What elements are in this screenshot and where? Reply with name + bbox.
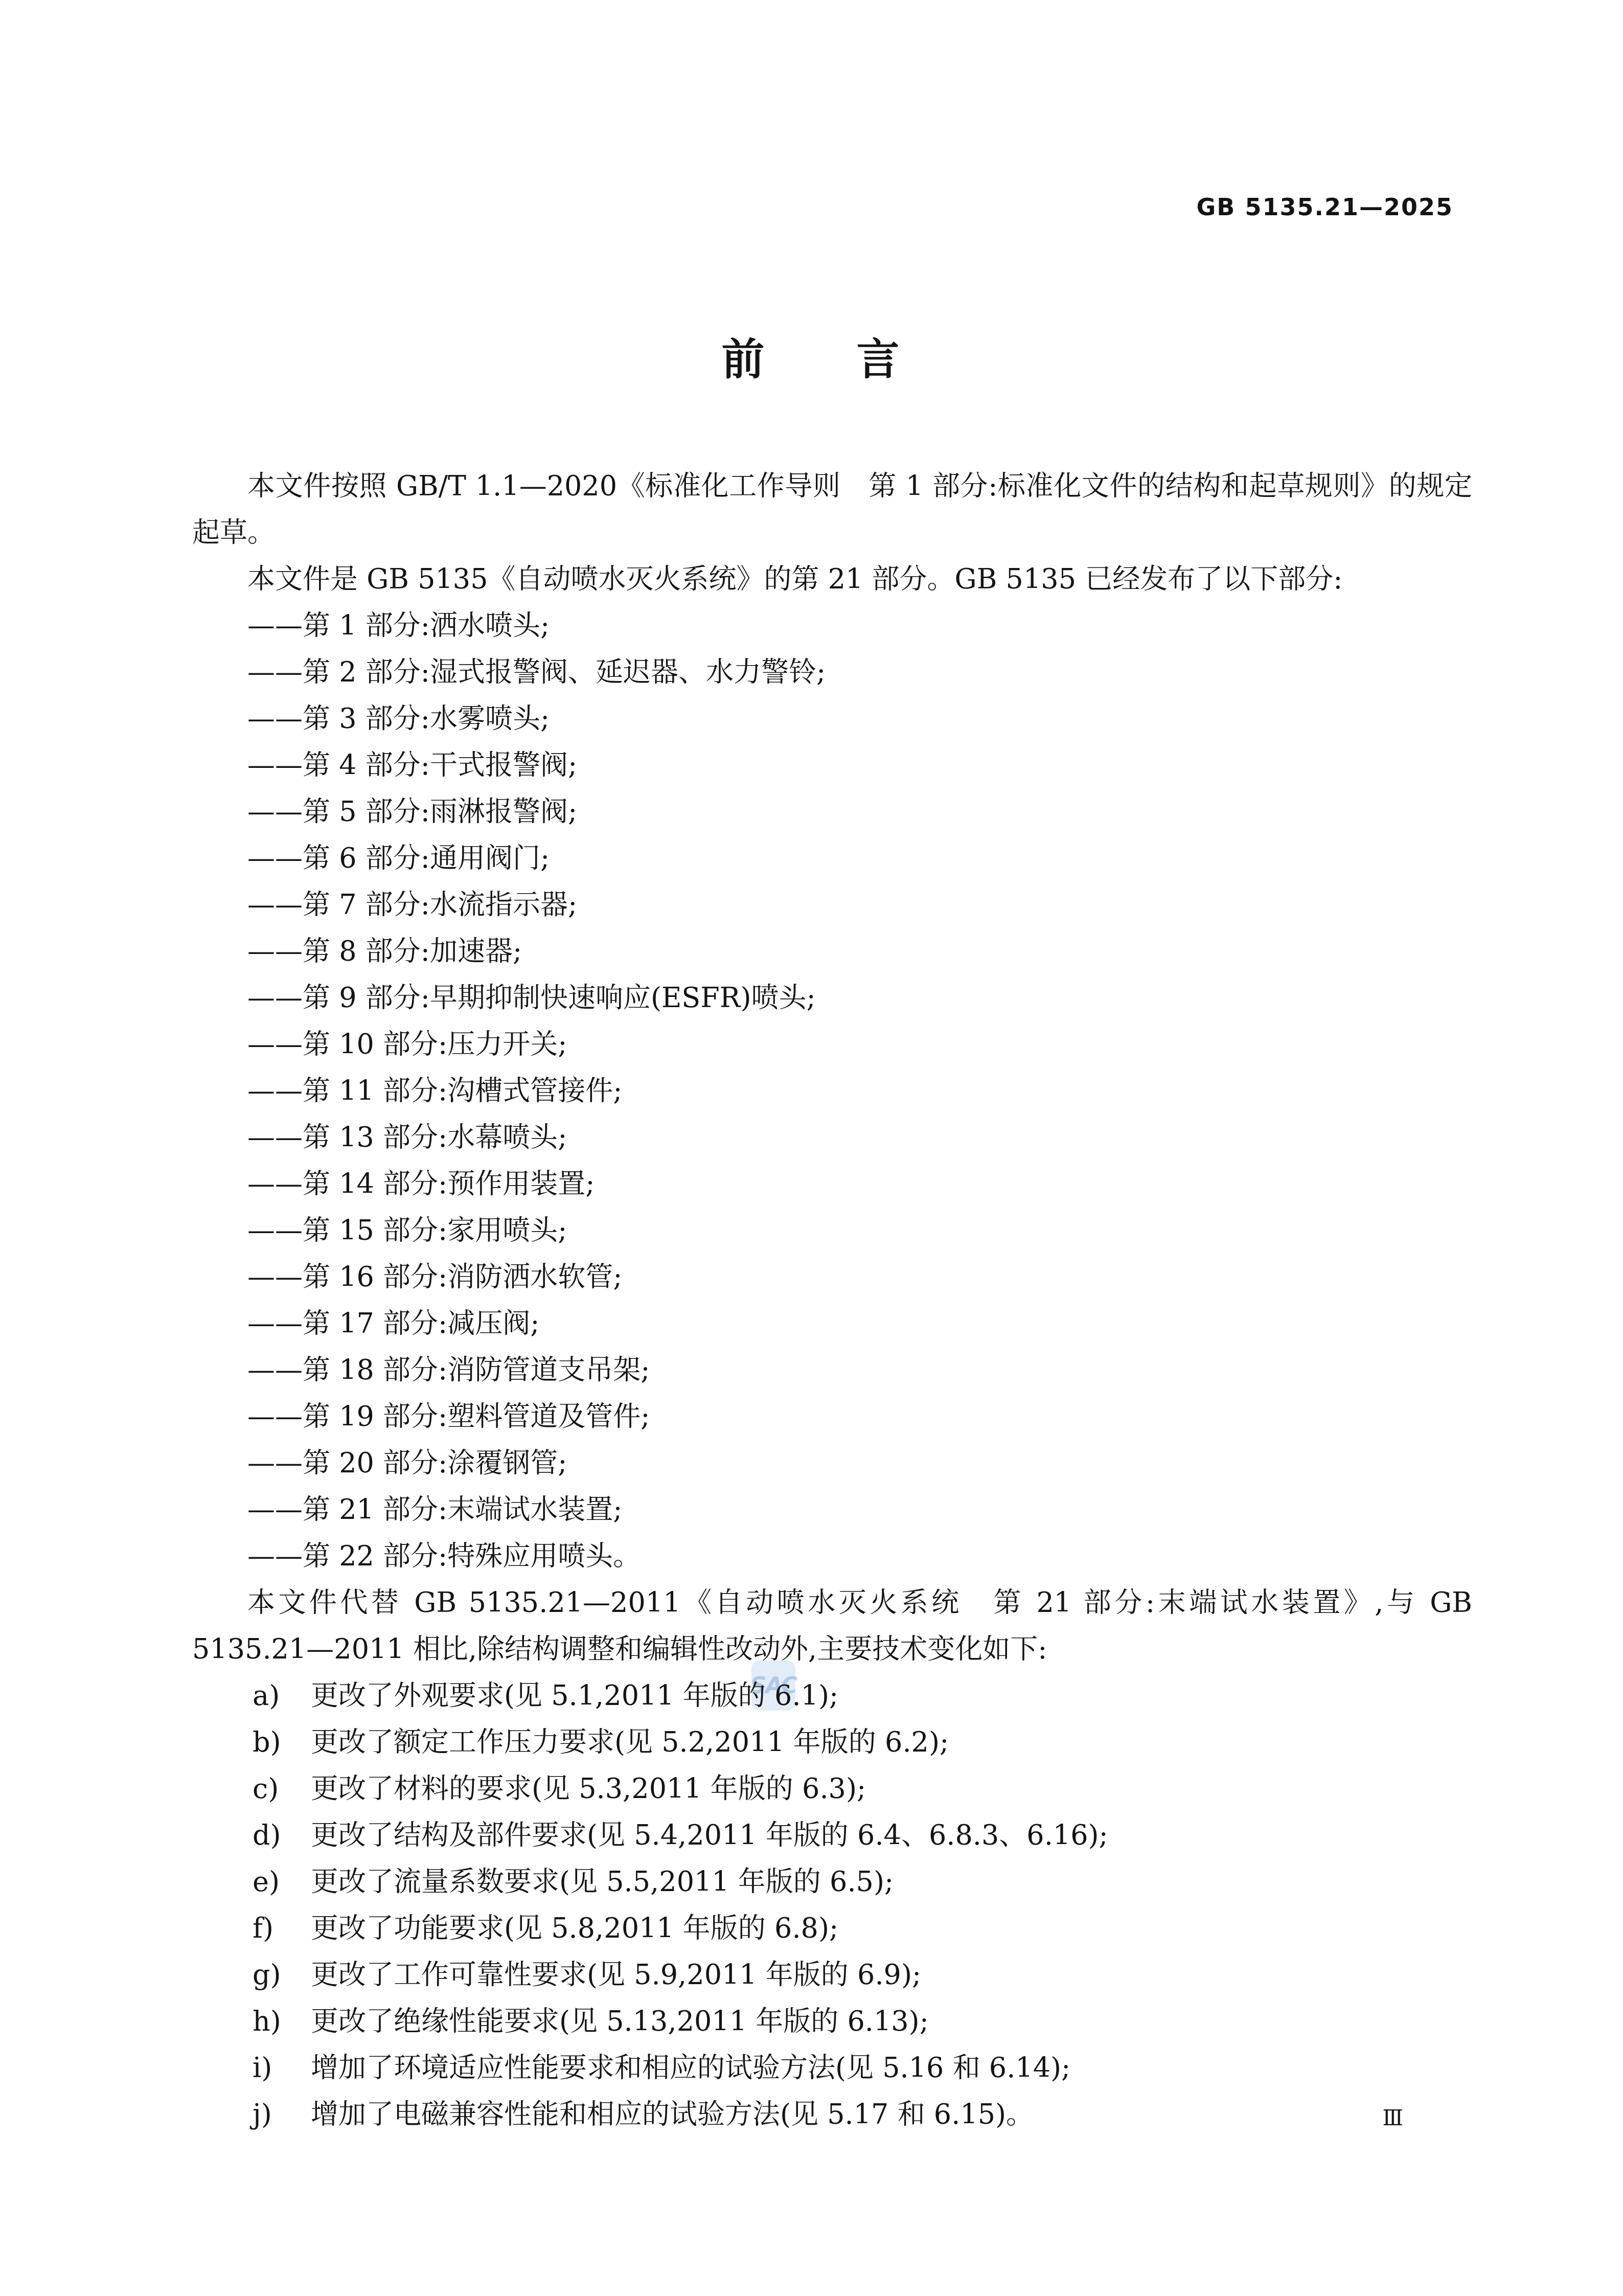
document-page: SAC GB 5135.21—2025 前 言 本文件按照 GB/T 1.1—2… — [0, 0, 1623, 2296]
change-item-text: 更改了外观要求(见 5.1,2011 年版的 6.1); — [311, 1672, 1472, 1719]
series-part-item: ——第 1 部分:洒水喷头; — [192, 602, 1472, 649]
series-part-item: ——第 8 部分:加速器; — [192, 928, 1472, 974]
series-part-item: ——第 2 部分:湿式报警阀、延迟器、水力警铃; — [192, 649, 1472, 695]
change-item-text: 更改了结构及部件要求(见 5.4,2011 年版的 6.4、6.8.3、6.16… — [311, 1812, 1472, 1858]
series-part-item: ——第 21 部分:末端试水装置; — [192, 1486, 1472, 1533]
technical-change-item: d)更改了结构及部件要求(见 5.4,2011 年版的 6.4、6.8.3、6.… — [192, 1812, 1472, 1858]
series-part-item: ——第 14 部分:预作用装置; — [192, 1161, 1472, 1207]
foreword-body: 本文件按照 GB/T 1.1—2020《标准化工作导则 第 1 部分:标准化文件… — [192, 463, 1472, 2138]
technical-changes-list: a)更改了外观要求(见 5.1,2011 年版的 6.1);b)更改了额定工作压… — [192, 1672, 1472, 2138]
technical-change-item: g)更改了工作可靠性要求(见 5.9,2011 年版的 6.9); — [192, 1951, 1472, 1998]
series-part-item: ——第 18 部分:消防管道支吊架; — [192, 1347, 1472, 1393]
change-item-text: 更改了绝缘性能要求(见 5.13,2011 年版的 6.13); — [311, 1998, 1472, 2044]
page-title: 前 言 — [0, 331, 1623, 388]
technical-change-item: i)增加了环境适应性能要求和相应的试验方法(见 5.16 和 6.14); — [192, 2044, 1472, 2091]
series-part-item: ——第 10 部分:压力开关; — [192, 1021, 1472, 1067]
technical-change-item: c)更改了材料的要求(见 5.3,2011 年版的 6.3); — [192, 1765, 1472, 1812]
paragraph-drafting-rules: 本文件按照 GB/T 1.1—2020《标准化工作导则 第 1 部分:标准化文件… — [192, 463, 1472, 556]
change-item-letter: d) — [253, 1812, 311, 1858]
series-part-item: ——第 4 部分:干式报警阀; — [192, 742, 1472, 788]
change-item-letter: c) — [253, 1765, 311, 1812]
change-item-letter: f) — [253, 1905, 311, 1951]
change-item-letter: b) — [253, 1719, 311, 1765]
series-part-item: ——第 11 部分:沟槽式管接件; — [192, 1067, 1472, 1114]
series-part-item: ——第 22 部分:特殊应用喷头。 — [192, 1533, 1472, 1579]
series-parts-list: ——第 1 部分:洒水喷头;——第 2 部分:湿式报警阀、延迟器、水力警铃;——… — [192, 602, 1472, 1579]
change-item-letter: g) — [253, 1951, 311, 1998]
series-part-item: ——第 13 部分:水幕喷头; — [192, 1114, 1472, 1161]
series-part-item: ——第 19 部分:塑料管道及管件; — [192, 1393, 1472, 1440]
change-item-text: 增加了电磁兼容性能和相应的试验方法(见 5.17 和 6.15)。 — [311, 2091, 1472, 2138]
series-part-item: ——第 9 部分:早期抑制快速响应(ESFR)喷头; — [192, 974, 1472, 1021]
change-item-text: 更改了工作可靠性要求(见 5.9,2011 年版的 6.9); — [311, 1951, 1472, 1998]
technical-change-item: b)更改了额定工作压力要求(见 5.2,2011 年版的 6.2); — [192, 1719, 1472, 1765]
technical-change-item: e)更改了流量系数要求(见 5.5,2011 年版的 6.5); — [192, 1858, 1472, 1905]
series-part-item: ——第 3 部分:水雾喷头; — [192, 695, 1472, 742]
change-item-text: 增加了环境适应性能要求和相应的试验方法(见 5.16 和 6.14); — [311, 2044, 1472, 2091]
technical-change-item: h)更改了绝缘性能要求(见 5.13,2011 年版的 6.13); — [192, 1998, 1472, 2044]
technical-change-item: a)更改了外观要求(见 5.1,2011 年版的 6.1); — [192, 1672, 1472, 1719]
paragraph-replacement-notice: 本文件代替 GB 5135.21—2011《自动喷水灭火系统 第 21 部分:末… — [192, 1579, 1472, 1672]
page-number: Ⅲ — [1382, 2105, 1403, 2130]
series-part-item: ——第 7 部分:水流指示器; — [192, 881, 1472, 928]
change-item-text: 更改了材料的要求(见 5.3,2011 年版的 6.3); — [311, 1765, 1472, 1812]
series-part-item: ——第 5 部分:雨淋报警阀; — [192, 788, 1472, 835]
series-part-item: ——第 20 部分:涂覆钢管; — [192, 1440, 1472, 1486]
change-item-text: 更改了额定工作压力要求(见 5.2,2011 年版的 6.2); — [311, 1719, 1472, 1765]
series-part-item: ——第 15 部分:家用喷头; — [192, 1207, 1472, 1254]
change-item-text: 更改了功能要求(见 5.8,2011 年版的 6.8); — [311, 1905, 1472, 1951]
change-item-letter: a) — [253, 1672, 311, 1719]
change-item-letter: i) — [253, 2044, 311, 2091]
series-part-item: ——第 17 部分:减压阀; — [192, 1300, 1472, 1347]
paragraph-series-intro: 本文件是 GB 5135《自动喷水灭火系统》的第 21 部分。GB 5135 已… — [192, 556, 1472, 602]
series-part-item: ——第 16 部分:消防洒水软管; — [192, 1254, 1472, 1300]
change-item-letter: e) — [253, 1858, 311, 1905]
change-item-text: 更改了流量系数要求(见 5.5,2011 年版的 6.5); — [311, 1858, 1472, 1905]
technical-change-item: j)增加了电磁兼容性能和相应的试验方法(见 5.17 和 6.15)。 — [192, 2091, 1472, 2138]
series-part-item: ——第 6 部分:通用阀门; — [192, 835, 1472, 881]
standard-number: GB 5135.21—2025 — [1197, 193, 1453, 221]
change-item-letter: h) — [253, 1998, 311, 2044]
change-item-letter: j) — [253, 2091, 311, 2138]
technical-change-item: f)更改了功能要求(见 5.8,2011 年版的 6.8); — [192, 1905, 1472, 1951]
